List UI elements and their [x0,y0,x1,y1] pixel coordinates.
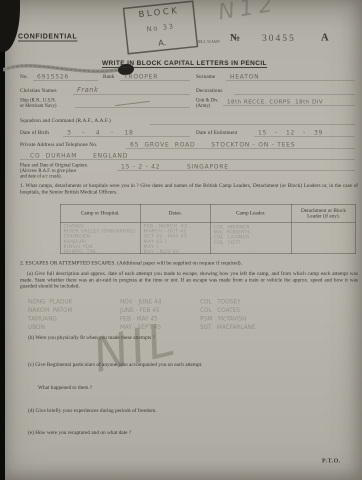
stamp-line2: No 33 [146,22,175,33]
question-2c-text: (c) Give Regimental particulars of anyon… [28,362,348,368]
serial-suffix: A [321,31,329,44]
address-value-line2: CO DURHAM ENGLAND [20,152,128,160]
question-2e-text: (e) How were you recaptured and on what … [28,430,328,436]
form-reference: M.I. 9/JAP/ [198,39,220,44]
serial-number: 30455 [262,33,296,44]
unit-div-field: 18th RECCE. CORPS 18th DIV [223,97,355,106]
enlistment-value: 15 - 12 - 39 [254,129,323,137]
header-camp-or-hospital: Camp or Hospital. [61,205,141,223]
camp-column-entries: CHANGI RIVER VALLEY (SINGAPORE) CHUNGKAI… [61,223,141,254]
dob-field: 3 - 4 - 18 [63,128,190,137]
squadron-field [150,116,355,125]
no-value: 6915526 [33,73,69,81]
camps-table-header: Camp or Hospital. Dates. Camp Leader. De… [61,205,356,224]
dob-label: Date of Birth [20,130,49,136]
surname-label: Surname [196,74,215,80]
decorations-label: Decorations [196,88,222,94]
unit-div-label: Unit & Div. (Army) [196,98,219,109]
camps-table-body: CHANGI RIVER VALLEY (SINGAPORE) CHUNGKAI… [61,223,356,254]
question-2-heading: 2. ESCAPES OR ATTEMPTED ESCAPES. (Additi… [20,260,358,266]
question-2b-text: (b) Were you physically fit when you mad… [28,335,328,341]
squadron-label: Squadron and Command (R.A.F., A.A.F.) [20,118,111,124]
surname-field: HEATON [226,72,355,81]
no-field: 6915526 [33,72,98,81]
confidential-marking: CONFIDENTIAL [18,32,77,40]
decorations-field [234,86,355,95]
christian-names-field: Frank [73,86,190,95]
address-value-line1: 65 GROVE ROAD STOCKTON - ON - TEES [126,141,295,149]
no-label: No. [20,74,28,80]
unit-div-value: 18th RECCE. CORPS 18th DIV [223,99,323,106]
capture-label: Place and Date of Original Capture. (Air… [20,163,88,180]
address-field-line2: CO DURHAM ENGLAND [20,151,355,160]
enlistment-field: 15 - 12 - 39 [254,128,355,137]
question-1-text: 1. What camps, detachments or hospitals … [20,183,358,196]
ship-dash-mark [115,101,150,106]
detachment-column-entries [292,223,356,254]
dob-value: 3 - 4 - 18 [63,129,134,137]
rank-label: Rank [103,74,114,80]
ship-label: Ship (R.N., U.S.N. or Merchant Navy) [20,98,56,109]
header-camp-leader: Camp Leader. [211,205,292,223]
surname-value: HEATON [226,73,259,81]
address-label: Private Address and Telephone No. [20,142,97,148]
number-sign: № [230,32,240,44]
block-number-stamp: BLOCK No 33 A. [123,0,199,54]
stamp-line1: BLOCK [138,5,180,19]
christian-names-label: Christian Names [20,88,57,94]
leader-column-entries: COL WERNER MAJ ROBERTS COL LATIMER COL T… [211,223,292,254]
christian-names-value: Frank [73,86,98,95]
pto-footer: P.T.O. [322,457,341,465]
what-happened-text: What happened to them ? [38,385,238,391]
dates-column-entries: FEB - MARCH 42 MARCH - OCT 42 OCT 42 - M… [141,223,211,254]
scanned-pow-questionnaire: CONFIDENTIAL BLOCK No 33 A. M.I. 9/JAP/ … [0,0,362,480]
address-field-line1: 65 GROVE ROAD STOCKTON - ON - TEES [126,140,355,149]
capture-value: 15 - 2 - 42 SINGAPORE [117,163,229,171]
enlistment-label: Date of Enlistment [196,130,237,136]
capture-field: 15 - 2 - 42 SINGAPORE [117,162,355,171]
header-detachment-leader: Detachment or Block Leader (if any). [292,205,356,223]
question-2a-text: (a) Give full description and approx. da… [20,271,358,290]
question-2d-text: (d) Give briefly your experiences during… [28,408,328,414]
stamp-line3: A. [158,38,167,48]
block-capitals-instruction: WRITE IN BLOCK CAPITAL LETTERS IN PENCIL [102,59,267,67]
camps-table: Camp or Hospital. Dates. Camp Leader. De… [60,204,356,254]
header-dates: Dates. [141,205,211,223]
ship-field [75,99,190,108]
rank-field: TROOPER [120,72,190,81]
rank-value: TROOPER [120,73,158,81]
confidential-text: CONFIDENTIAL [18,32,77,42]
